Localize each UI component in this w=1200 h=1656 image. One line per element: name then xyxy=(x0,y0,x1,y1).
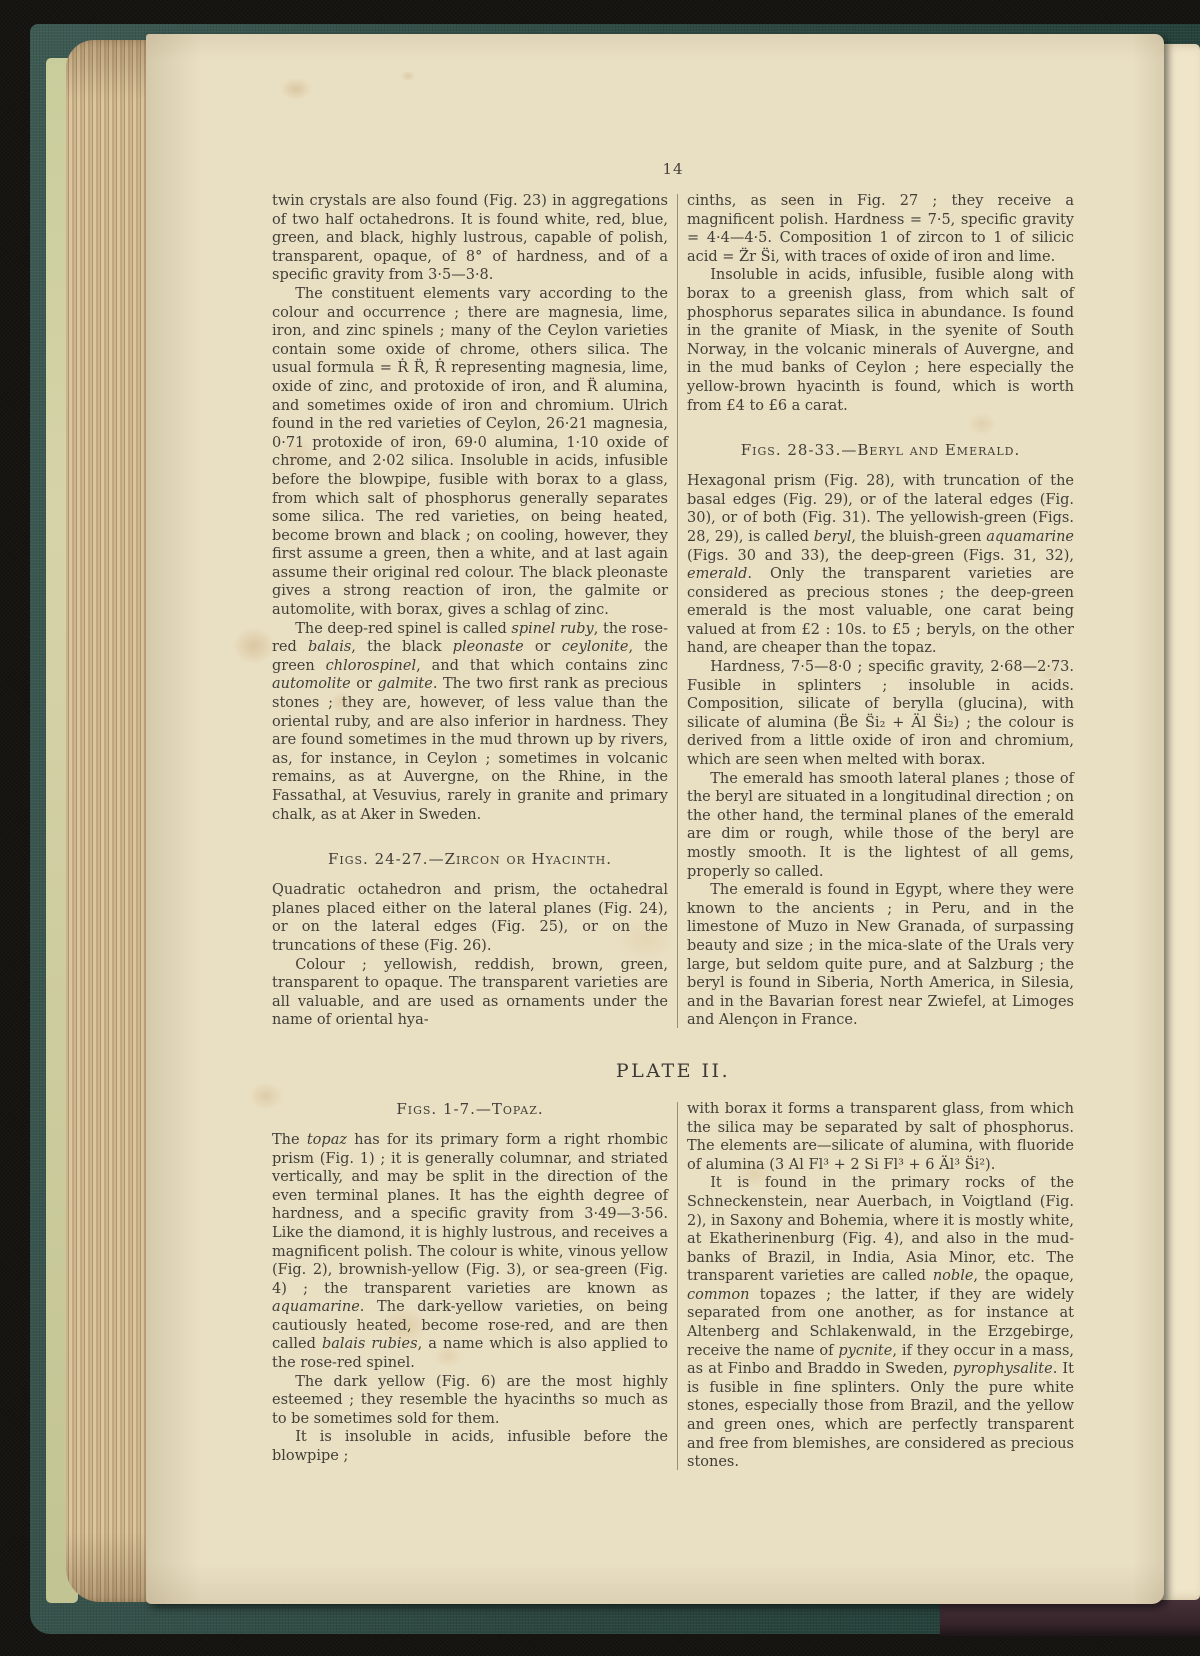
column-divider xyxy=(677,1102,678,1470)
paragraph-zircon-occurrence: Insoluble in acids, infusible, fusible a… xyxy=(687,266,1074,415)
paragraph-topaz-borax: with borax it forms a transparent glass,… xyxy=(687,1100,1074,1174)
bottom-right-column: with borax it forms a transparent glass,… xyxy=(687,1100,1074,1472)
bottom-section: Figs. 1-7.—Topaz. The topaz has for its … xyxy=(272,1100,1074,1472)
paragraph-beryl-form: Hexagonal prism (Fig. 28), with truncati… xyxy=(687,472,1074,658)
paragraph-beryl-hardness: Hardness, 7·5—8·0 ; specific gravity, 2·… xyxy=(687,658,1074,770)
top-section: twin crystals are also found (Fig. 23) i… xyxy=(272,192,1074,1030)
book-photograph: 14 twin crystals are also found (Fig. 23… xyxy=(0,0,1200,1656)
paragraph-topaz-form: The topaz has for its primary form a rig… xyxy=(272,1131,668,1373)
column-divider xyxy=(677,194,678,1028)
page-content: 14 twin crystals are also found (Fig. 23… xyxy=(146,34,1164,1472)
section-heading-beryl-emerald: Figs. 28-33.—Beryl and Emerald. xyxy=(687,441,1074,459)
top-left-column: twin crystals are also found (Fig. 23) i… xyxy=(272,192,668,1030)
page-number: 14 xyxy=(272,160,1074,178)
paragraph-topaz-insoluble: It is insoluble in acids, infusible befo… xyxy=(272,1428,668,1465)
paragraph-spinel-constituents: The constituent elements vary according … xyxy=(272,285,668,620)
plate-heading: PLATE II. xyxy=(272,1060,1074,1082)
paragraph-zircon-colour: Colour ; yellowish, reddish, brown, gree… xyxy=(272,956,668,1030)
paragraph-topaz-dark-yellow: The dark yellow (Fig. 6) are the most hi… xyxy=(272,1373,668,1429)
section-heading-topaz: Figs. 1-7.—Topaz. xyxy=(272,1100,668,1118)
paragraph-zircon-form: Quadratic octahedron and prism, the octa… xyxy=(272,881,668,955)
section-heading-zircon: Figs. 24-27.—Zircon or Hyacinth. xyxy=(272,850,668,868)
bottom-left-column: Figs. 1-7.—Topaz. The topaz has for its … xyxy=(272,1100,668,1472)
book-page: 14 twin crystals are also found (Fig. 23… xyxy=(146,34,1164,1604)
paragraph-spinel-varieties: The deep-red spinel is called spinel rub… xyxy=(272,620,668,825)
paragraph-hyacinth-continuation: cinths, as seen in Fig. 27 ; they receiv… xyxy=(687,192,1074,266)
top-right-column: cinths, as seen in Fig. 27 ; they receiv… xyxy=(687,192,1074,1030)
paragraph-emerald-planes: The emerald has smooth lateral planes ; … xyxy=(687,770,1074,882)
paragraph-topaz-localities: It is found in the primary rocks of the … xyxy=(687,1174,1074,1472)
paragraph-spinel-continuation: twin crystals are also found (Fig. 23) i… xyxy=(272,192,668,285)
paragraph-emerald-localities: The emerald is found in Egypt, where the… xyxy=(687,881,1074,1030)
